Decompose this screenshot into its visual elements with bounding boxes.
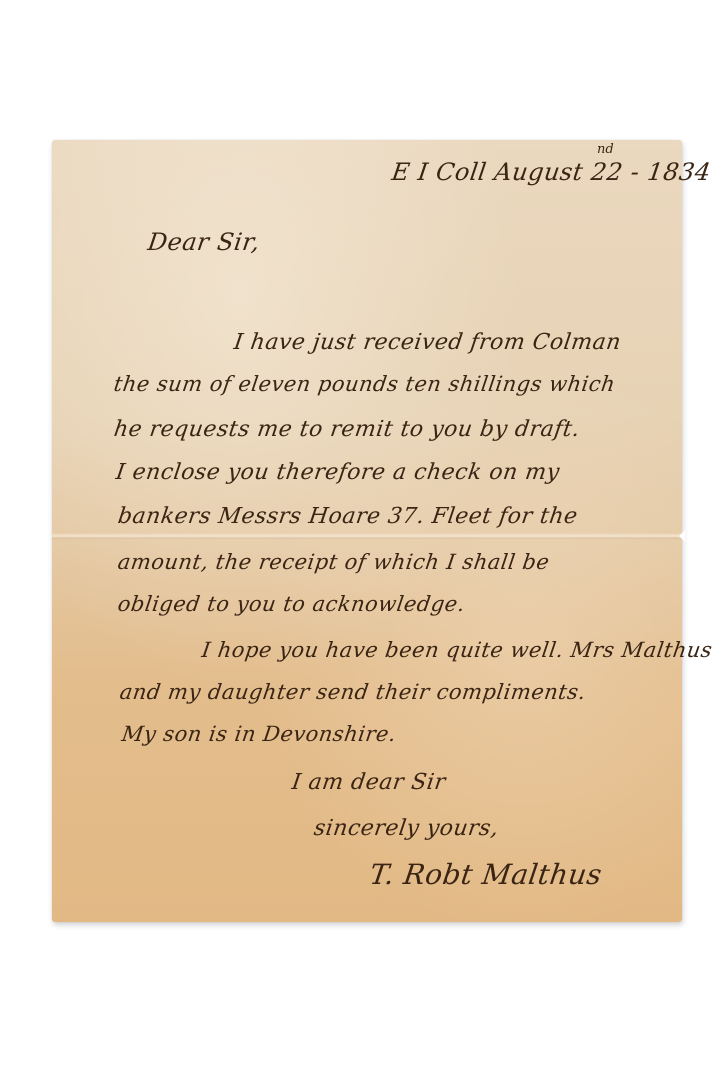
body-line-6: amount, the receipt of which I shall be (116, 550, 551, 574)
body-line-3: he requests me to remit to you by draft. (112, 417, 581, 442)
body-line-5: bankers Messrs Hoare 37. Fleet for the (116, 504, 579, 529)
body-line-2: the sum of eleven pounds ten shillings w… (112, 372, 617, 396)
paper-fold (52, 533, 682, 539)
paper-notch (679, 530, 685, 542)
body-line-1: I have just received from Colman (232, 330, 622, 355)
body-line-4: I enclose you therefore a check on my (114, 460, 561, 485)
body-line-7: obliged to you to acknowledge. (116, 592, 466, 616)
closing-line-1: I am dear Sir (290, 770, 447, 795)
letter-sheet: E I Coll August 22 - 1834 nd Dear Sir, I… (52, 140, 682, 922)
dateline-ordinal: nd (597, 142, 614, 157)
body-line-10: My son is in Devonshire. (120, 722, 398, 746)
body-line-8: I hope you have been quite well. Mrs Mal… (200, 638, 714, 662)
dateline-text: E I Coll August 22 (390, 158, 625, 186)
dateline: E I Coll August 22 - 1834 (390, 158, 713, 186)
body-line-9: and my daughter send their compliments. (118, 680, 587, 704)
salutation: Dear Sir, (146, 228, 262, 256)
closing-line-2: sincerely yours, (312, 816, 500, 841)
dateline-year: 1834 (646, 158, 713, 186)
signature: T. Robt Malthus (368, 858, 605, 891)
